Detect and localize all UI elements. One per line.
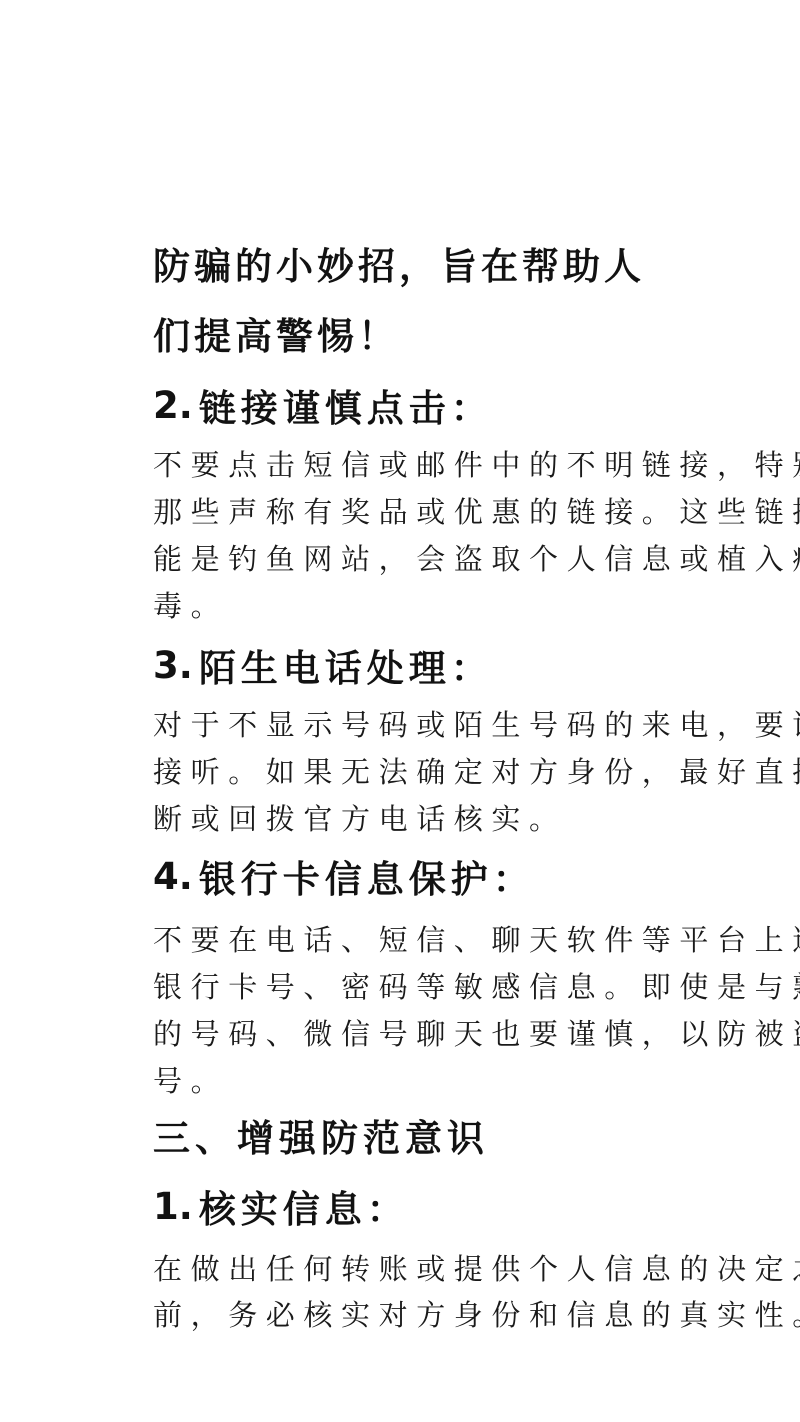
- section-heading-link-caution: 2. 链接谨慎点击：: [153, 375, 493, 435]
- paragraph-line: 那些声称有奖品或优惠的链接。这些链接可: [153, 487, 800, 533]
- paragraph-line: 不要点击短信或邮件中的不明链接，特别是: [153, 440, 800, 486]
- article-title-line-1: 防骗的小妙招，旨在帮助人: [153, 233, 645, 293]
- section-heading-text: 核实信息：: [199, 1179, 409, 1233]
- section-heading-text: 陌生电话处理：: [199, 638, 493, 692]
- section-heading-verify-info: 1. 核实信息：: [153, 1176, 409, 1236]
- paragraph-line: 毒。: [153, 581, 228, 627]
- paragraph-line: 的号码、微信号聊天也要谨慎，以防被盗: [153, 1009, 800, 1055]
- article-title-line-2: 们提高警惕！: [153, 303, 399, 363]
- paragraph-line: 前，务必核实对方身份和信息的真实性。: [153, 1290, 800, 1336]
- article-page: 防骗的小妙招，旨在帮助人 们提高警惕！ 2. 链接谨慎点击： 不要点击短信或邮件…: [0, 0, 800, 1422]
- section-number: 1.: [153, 1185, 193, 1228]
- paragraph-line: 号。: [153, 1056, 228, 1102]
- paragraph-line: 断或回拨官方电话核实。: [153, 794, 567, 840]
- section-heading-text: 链接谨慎点击：: [199, 378, 493, 432]
- section-number: 3.: [153, 644, 193, 687]
- paragraph-line: 对于不显示号码或陌生号码的来电，要谨慎: [153, 700, 800, 746]
- paragraph-line: 银行卡号、密码等敏感信息。即使是与熟知: [153, 962, 800, 1008]
- section-heading-text: 银行卡信息保护：: [199, 849, 535, 903]
- section-number: 4.: [153, 855, 193, 898]
- paragraph-line: 在做出任何转账或提供个人信息的决定之: [153, 1244, 800, 1290]
- section-heading-stranger-calls: 3. 陌生电话处理：: [153, 635, 493, 695]
- section-number: 2.: [153, 384, 193, 427]
- chapter-heading: 三、增强防范意识: [153, 1105, 489, 1165]
- paragraph-line: 能是钓鱼网站，会盗取个人信息或植入病: [153, 534, 800, 580]
- paragraph-line: 接听。如果无法确定对方身份，最好直接挂: [153, 747, 800, 793]
- section-heading-bank-card: 4. 银行卡信息保护：: [153, 846, 535, 906]
- paragraph-line: 不要在电话、短信、聊天软件等平台上透露: [153, 915, 800, 961]
